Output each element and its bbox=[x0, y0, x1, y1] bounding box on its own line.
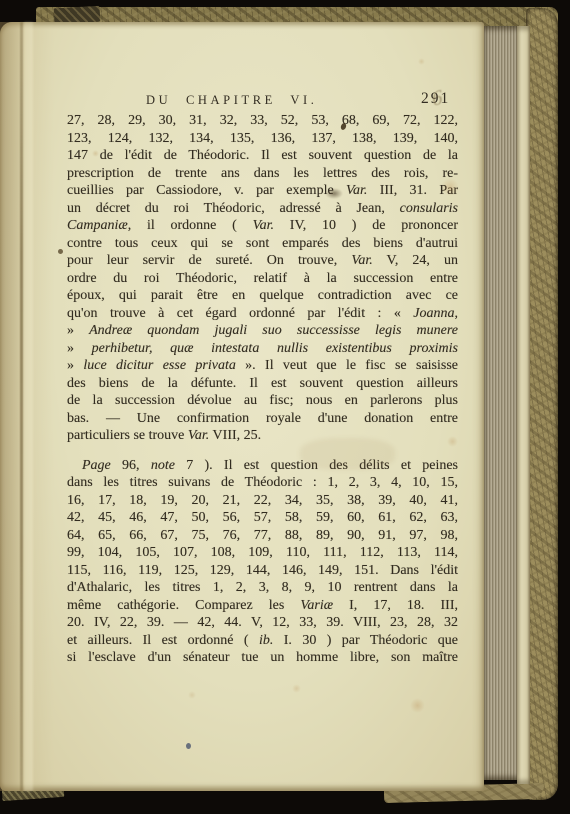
text-line: 123, 124, 132, 134, 135, 136, 137, 138, … bbox=[67, 130, 458, 148]
text-line: 16, 17, 18, 19, 20, 21, 22, 34, 35, 38, … bbox=[67, 492, 458, 510]
stain bbox=[300, 438, 395, 470]
stain bbox=[292, 684, 301, 693]
text-line: bas. — Une confirmation royale d'une don… bbox=[67, 410, 458, 428]
text-line: 42, 45, 46, 47, 50, 56, 57, 58, 59, 60, … bbox=[67, 509, 458, 527]
text-block: 27, 28, 29, 30, 31, 32, 33, 52, 53, 68, … bbox=[67, 112, 458, 667]
text-line: particuliers se trouve Var. VIII, 25. bbox=[67, 427, 458, 445]
text-line: 27, 28, 29, 30, 31, 32, 33, 52, 53, 68, … bbox=[67, 112, 458, 130]
text-line: de la succession dévolue au fisc; nous e… bbox=[67, 392, 458, 410]
text-line: » perhibetur, quæ intestata nullis exist… bbox=[67, 340, 458, 358]
stain bbox=[418, 58, 425, 65]
text-line: » Andreæ quondam jugali suo successisse … bbox=[67, 322, 458, 340]
text-line: contre tous ceux qui se sont emparés des… bbox=[67, 235, 458, 253]
page-edges bbox=[482, 26, 519, 780]
text-line: 147 de l'édit de Théodoric. Il est souve… bbox=[67, 147, 458, 165]
text-line: 64, 65, 66, 67, 75, 76, 77, 88, 89, 90, … bbox=[67, 527, 458, 545]
paragraph: 27, 28, 29, 30, 31, 32, 33, 52, 53, 68, … bbox=[67, 112, 458, 445]
stain bbox=[325, 188, 343, 199]
stain bbox=[410, 698, 425, 713]
text-line: qu'on trouve à cet égard ordonné par l'é… bbox=[67, 305, 458, 323]
text-line: prescription de trente ans dans les lett… bbox=[67, 165, 458, 183]
text-line: cueillies par Cassiodore, v. par exemple… bbox=[67, 182, 458, 200]
text-line: et ailleurs. Il est ordonné ( ib. I. 30 … bbox=[67, 632, 458, 650]
stain bbox=[58, 249, 63, 254]
text-line: des biens de la défunte. Il est souvent … bbox=[67, 375, 458, 393]
paragraph: Page 96, note 7 ). Il est question des d… bbox=[67, 457, 458, 667]
text-line: époux, qui parait être en quelque contra… bbox=[67, 287, 458, 305]
stain bbox=[441, 178, 459, 196]
book-page: DU CHAPITRE VI. 291 27, 28, 29, 30, 31, … bbox=[0, 22, 484, 791]
running-header: DU CHAPITRE VI. bbox=[146, 93, 318, 108]
text-line: dans les titres suivans de Théodoric : 1… bbox=[67, 474, 458, 492]
gutter-fold-line bbox=[20, 22, 23, 791]
gutter-highlight bbox=[24, 22, 33, 791]
text-line: 99, 104, 105, 107, 108, 109, 110, 111, 1… bbox=[67, 544, 458, 562]
text-line: Campaniæ, il ordonne ( Var. IV, 10 ) de … bbox=[67, 217, 458, 235]
pencil-mark: 6 bbox=[430, 85, 444, 113]
protruding-page-edge bbox=[517, 26, 530, 784]
text-line: d'Athalaric, les titres 1, 2, 3, 8, 9, 1… bbox=[67, 579, 458, 597]
text-line: » luce dicitur esse privata ». Il veut q… bbox=[67, 357, 458, 375]
book-scan: DU CHAPITRE VI. 291 27, 28, 29, 30, 31, … bbox=[0, 0, 570, 814]
stain bbox=[186, 743, 191, 749]
text-line: 20. IV, 22, 39. — 42, 44. V, 12, 33, 39.… bbox=[67, 614, 458, 632]
text-line: ordre du roi Théodoric, relatif à la suc… bbox=[67, 270, 458, 288]
stain bbox=[447, 436, 458, 447]
book-cover-edge bbox=[526, 8, 558, 800]
stain bbox=[188, 691, 196, 699]
text-line: Page 96, note 7 ). Il est question des d… bbox=[67, 457, 458, 475]
text-line: pour leur servir de sureté. On trouve, V… bbox=[67, 252, 458, 270]
text-line: si l'esclave d'un sénateur tue un homme … bbox=[67, 649, 458, 667]
text-line: même cathégorie. Comparez les Variæ I, 1… bbox=[67, 597, 458, 615]
text-line: 115, 116, 119, 125, 129, 144, 146, 149, … bbox=[67, 562, 458, 580]
text-line: un décret du roi Théodoric, adressé à Je… bbox=[67, 200, 458, 218]
stain bbox=[92, 150, 99, 157]
